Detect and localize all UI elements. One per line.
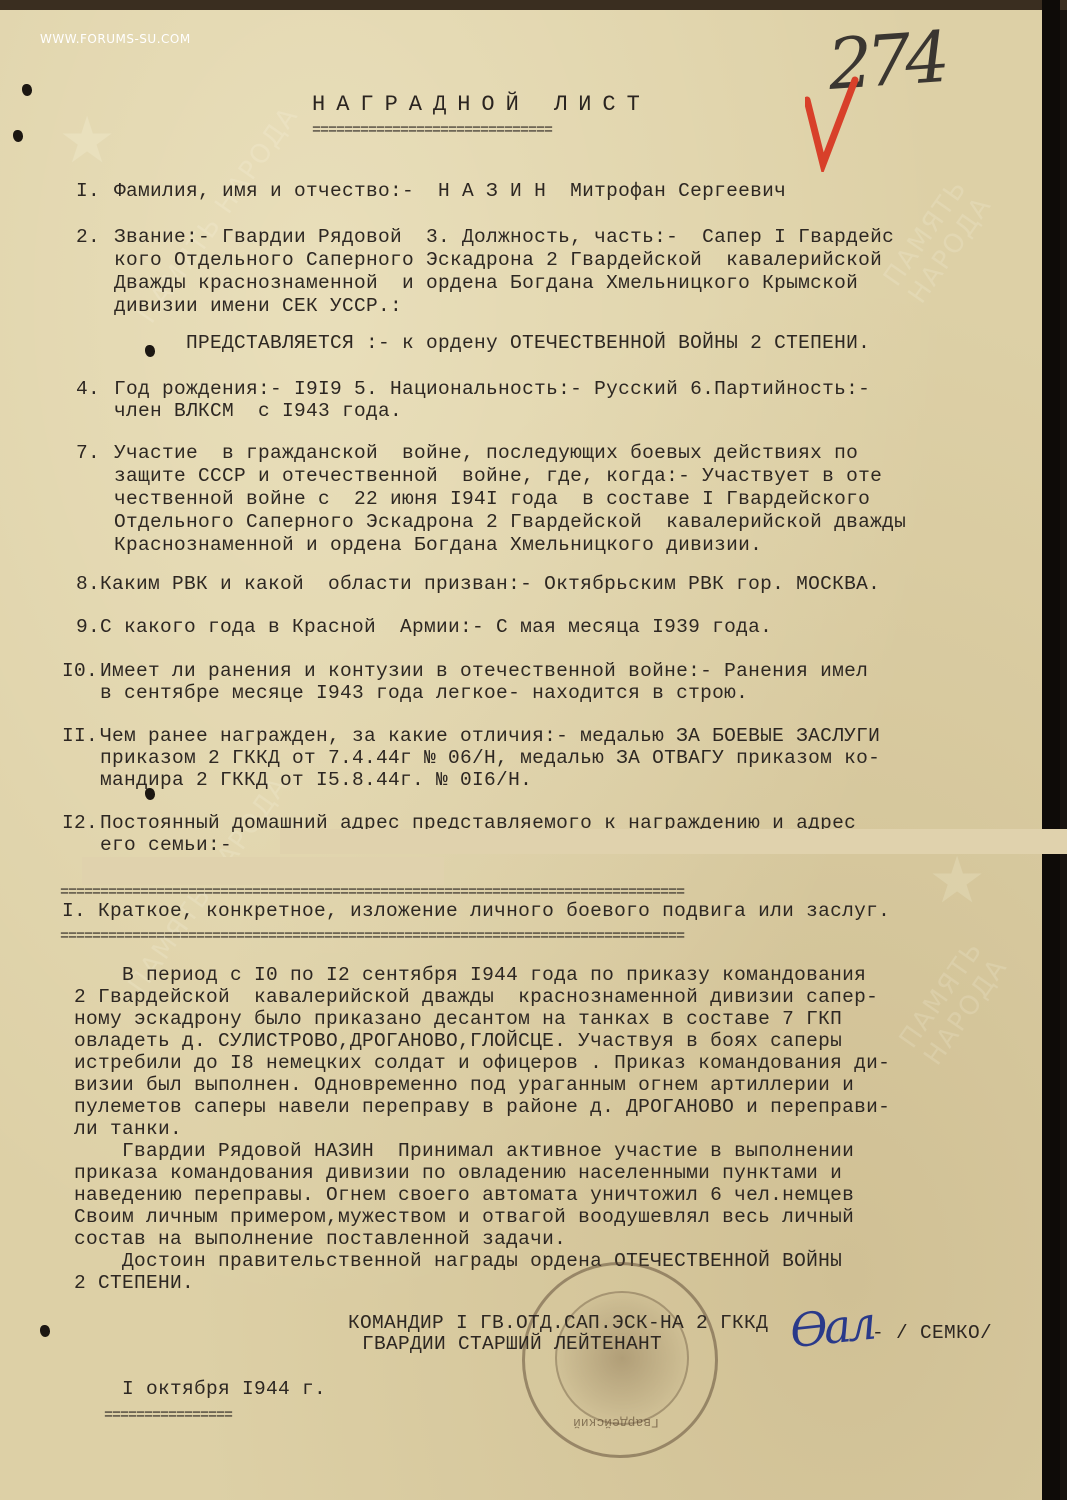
field-10-line: Имеет ли ранения и контузии в отечествен… <box>100 660 868 682</box>
field-2-label: 2. <box>76 226 100 248</box>
red-check-mark-icon <box>805 72 865 172</box>
nomination-line: ПРЕДСТАВЛЯЕТСЯ :- к ордену ОТЕЧЕСТВЕННОЙ… <box>186 332 870 354</box>
section-rule-bottom: ========================================… <box>60 928 1060 945</box>
punch-hole <box>40 1325 50 1337</box>
field-7-label: 7. <box>76 442 100 464</box>
field-2-line: Дважды краснознаменной и ордена Богдана … <box>114 272 858 294</box>
site-watermark: WWW.FORUMS-SU.COM <box>40 32 191 46</box>
field-8-text: Каким РВК и какой области призван:- Октя… <box>100 573 880 595</box>
field-9-label: 9. <box>76 616 100 638</box>
field-7-line: Участие в гражданской войне, последующих… <box>114 442 858 464</box>
field-12-label: I2. <box>62 812 98 834</box>
narrative-line: истребили до I8 немецких солдат и офицер… <box>74 1052 890 1074</box>
field-11-line: Чем ранее награжден, за какие отличия:- … <box>100 725 880 747</box>
commander-name: - / СЕМКО/ <box>872 1322 992 1344</box>
stamp-text: Гвардейский <box>573 1415 659 1430</box>
field-8-label: 8. <box>76 573 100 595</box>
section-rule-top: ========================================… <box>60 884 1060 901</box>
narrative-line: овладеть д. СУЛИСТРОВО,ДРОГАНОВО,ГЛОЙСЦЕ… <box>74 1030 842 1052</box>
narrative-line: В период с I0 по I2 сентября I944 года п… <box>74 964 866 986</box>
field-12-line: его семьи:- <box>100 834 232 856</box>
narrative-line: ли танки. <box>74 1118 182 1140</box>
narrative-line: Гвардии Рядовой НАЗИН Принимал активное … <box>74 1140 854 1162</box>
field-9-text: С какого года в Красной Армии:- С мая ме… <box>100 616 772 638</box>
field-7-line: Краснознаменной и ордена Богдана Хмельни… <box>114 534 762 556</box>
field-7-line: защите СССР и отечественной войне, где, … <box>114 465 882 487</box>
field-11-line: мандира 2 ГККД от I5.8.44г. № 0I6/Н. <box>100 769 532 791</box>
field-4-label: 4. <box>76 378 100 400</box>
narrative-line: Достоин правительственной награды ордена… <box>74 1250 842 1272</box>
commander-title: КОМАНДИР I ГВ.ОТД.САП.ЭСК-НА 2 ГККД <box>348 1312 768 1334</box>
scan-top-edge <box>0 0 1067 10</box>
handwritten-signature: Ѳал <box>787 1296 875 1358</box>
field-10-label: I0. <box>62 660 98 682</box>
narrative-line: ному эскадрону было приказано десантом н… <box>74 1008 842 1030</box>
narrative-line: пулеметов саперы навели переправу в райо… <box>74 1096 890 1118</box>
redacted-address <box>280 829 1067 854</box>
narrative-line: состав на выполнение поставленной задачи… <box>74 1228 566 1250</box>
official-stamp: Гвардейский <box>522 1262 718 1458</box>
watermark-archive: ПАМЯТЬ НАРОДА <box>878 111 1042 309</box>
date-underline: ================ <box>104 1407 362 1424</box>
field-10-line: в сентябре месяце I943 года легкое- нахо… <box>100 682 748 704</box>
document-date: I октября I944 г. <box>122 1378 326 1400</box>
section-heading: I. Краткое, конкретное, изложение личног… <box>62 900 890 922</box>
field-4-line: член ВЛКСМ с I943 года. <box>114 400 402 422</box>
field-2-line: дивизии имени СЕК УССР.: <box>114 295 402 317</box>
field-1-name: Фамилия, имя и отчество:- Н А З И Н Митр… <box>114 180 786 202</box>
narrative-line: приказа командования дивизии по овладени… <box>74 1162 842 1184</box>
field-7-line: чественной войне с 22 июня I94I года в с… <box>114 488 870 510</box>
field-2-line: кого Отдельного Саперного Эскадрона 2 Гв… <box>114 249 882 271</box>
commander-rank: ГВАРДИИ СТАРШИЙ ЛЕЙТЕНАНТ <box>362 1333 662 1355</box>
scan-right-edge <box>1042 0 1060 1500</box>
document-title: НАГРАДНОЙ ЛИСТ <box>312 92 651 117</box>
watermark-star-icon: ★ <box>60 80 114 191</box>
field-4-line: Год рождения:- I9I9 5. Национальность:- … <box>114 378 870 400</box>
redacted-address <box>82 857 444 885</box>
field-7-line: Отдельного Саперного Эскадрона 2 Гвардей… <box>114 511 906 533</box>
narrative-line: Своим личным примером,мужеством и отваго… <box>74 1206 854 1228</box>
narrative-line: 2 СТЕПЕНИ. <box>74 1272 194 1294</box>
punch-hole <box>13 130 23 142</box>
punch-hole <box>145 345 155 357</box>
award-sheet: ★ ★ ПАМЯТЬ НАРОДА ПАМЯТЬ НАРОДА ПАМЯТЬ Н… <box>0 0 1060 1500</box>
narrative-line: наведению переправы. Огнем своего автома… <box>74 1184 854 1206</box>
title-underline: ============================== <box>312 122 690 139</box>
field-11-label: II. <box>62 725 98 747</box>
narrative-line: 2 Гвардейской кавалерийской дважды красн… <box>74 986 878 1008</box>
field-1-label: I. <box>76 180 100 202</box>
field-2-line: Звание:- Гвардии Рядовой 3. Должность, ч… <box>114 226 894 248</box>
narrative-line: визии был выполнен. Одновременно под ура… <box>74 1074 854 1096</box>
field-11-line: приказом 2 ГККД от 7.4.44г № 06/Н, медал… <box>100 747 880 769</box>
punch-hole <box>22 84 32 96</box>
